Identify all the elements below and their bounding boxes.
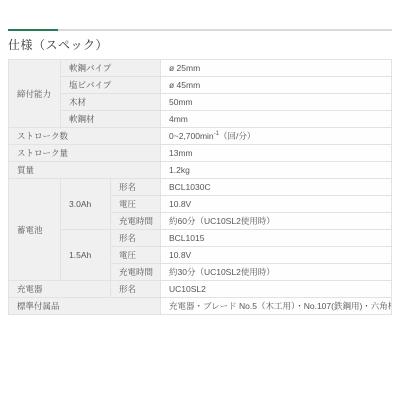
battery-capacity-3ah: 3.0Ah: [61, 179, 111, 230]
spec-group-label-charger: 充電器: [9, 281, 111, 298]
section-divider: [8, 29, 392, 31]
spec-label-accessories: 標準付属品: [9, 298, 161, 315]
spec-label: 木材: [61, 94, 161, 111]
spec-label-stroke-length: ストローク量: [9, 145, 161, 162]
table-row: ストローク量 13mm: [9, 145, 392, 162]
spec-label-weight: 質量: [9, 162, 161, 179]
table-row: 標準付属品 充電器・ブレード No.5（木工用）・No.107(鉄鋼用)・六角棒…: [9, 298, 392, 315]
spec-value-accessories: 充電器・ブレード No.5（木工用）・No.107(鉄鋼用)・六角棒スパナ・ケー…: [161, 298, 392, 315]
spec-value: 50mm: [161, 94, 392, 111]
spec-value: UC10SL2: [161, 281, 392, 298]
spec-label: 電圧: [111, 247, 161, 264]
table-row: 塩ビパイプ ø 45mm: [9, 77, 392, 94]
spec-label-stroke-count: ストローク数: [9, 128, 161, 145]
spec-value-stroke-count: 0~2,700min-1（回/分）: [161, 128, 392, 145]
spec-label: 充電時間: [111, 213, 161, 230]
spec-label: 形名: [111, 281, 161, 298]
spec-table: 締付能力 軟鋼パイプ ø 25mm 塩ビパイプ ø 45mm 木材 50mm 軟…: [8, 59, 392, 315]
stroke-count-prefix: 0~2,700min: [169, 131, 214, 141]
table-row: ストローク数 0~2,700min-1（回/分）: [9, 128, 392, 145]
battery-capacity-15ah: 1.5Ah: [61, 230, 111, 281]
accent-bar: [8, 29, 58, 31]
spec-value: ø 45mm: [161, 77, 392, 94]
spec-label: 充電時間: [111, 264, 161, 281]
spec-value: BCL1015: [161, 230, 392, 247]
spec-value-stroke-length: 13mm: [161, 145, 392, 162]
table-row: 木材 50mm: [9, 94, 392, 111]
spec-value: 4mm: [161, 111, 392, 128]
table-row: 締付能力 軟鋼パイプ ø 25mm: [9, 60, 392, 77]
spec-value: BCL1030C: [161, 179, 392, 196]
spec-label: 軟鋼パイプ: [61, 60, 161, 77]
spec-section: 仕様（スペック） 締付能力 軟鋼パイプ ø 25mm 塩ビパイプ ø 45mm …: [0, 0, 400, 400]
spec-value: 約60分（UC10SL2使用時）: [161, 213, 392, 230]
spec-value: 10.8V: [161, 247, 392, 264]
spec-group-label-battery: 蓄電池: [9, 179, 61, 281]
table-row: 充電器 形名 UC10SL2: [9, 281, 392, 298]
spec-label: 電圧: [111, 196, 161, 213]
spec-label: 形名: [111, 230, 161, 247]
spec-label: 軟鋼材: [61, 111, 161, 128]
spec-label: 形名: [111, 179, 161, 196]
spec-group-label-cutting: 締付能力: [9, 60, 61, 128]
table-row: 質量 1.2kg: [9, 162, 392, 179]
spec-value-weight: 1.2kg: [161, 162, 392, 179]
spec-value: 約30分（UC10SL2使用時）: [161, 264, 392, 281]
spec-value: ø 25mm: [161, 60, 392, 77]
spec-value: 10.8V: [161, 196, 392, 213]
table-row: 1.5Ah 形名 BCL1015: [9, 230, 392, 247]
table-row: 蓄電池 3.0Ah 形名 BCL1030C: [9, 179, 392, 196]
table-row: 軟鋼材 4mm: [9, 111, 392, 128]
spec-label: 塩ビパイプ: [61, 77, 161, 94]
section-title: 仕様（スペック）: [8, 38, 392, 52]
stroke-count-suffix: （回/分）: [219, 131, 255, 141]
